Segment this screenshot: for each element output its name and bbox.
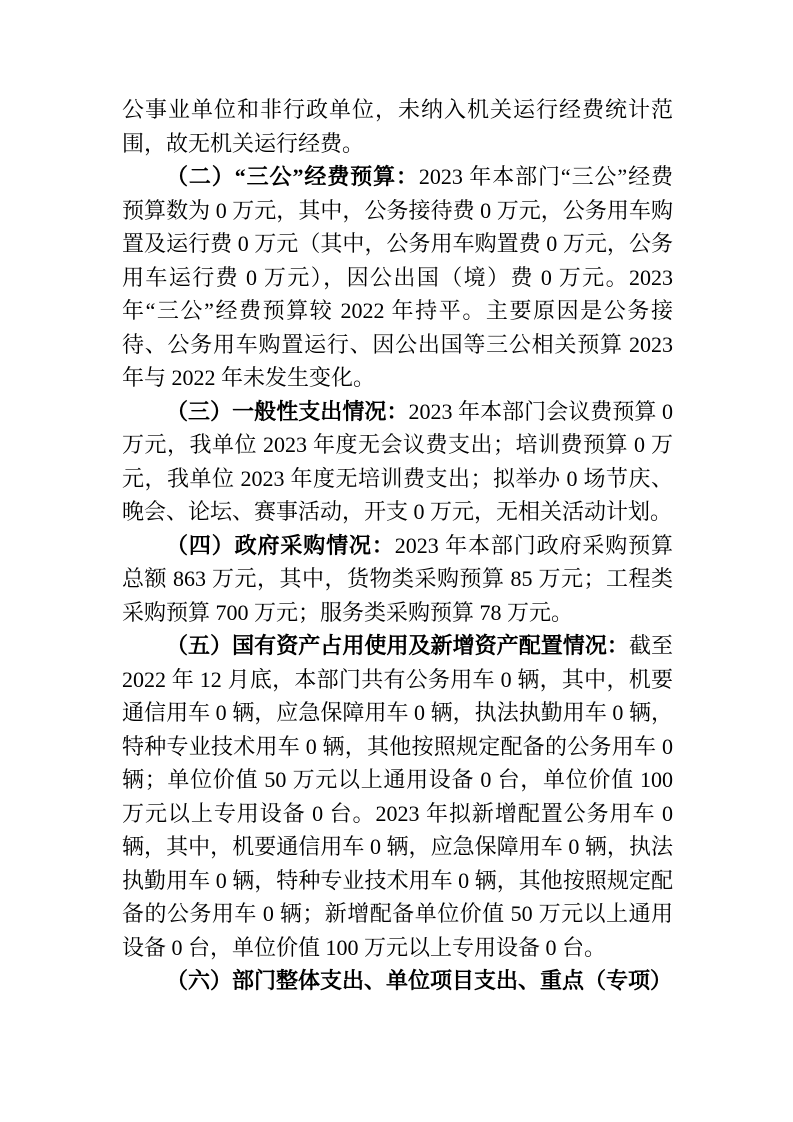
paragraph-1-text: 公事业单位和非行政单位，未纳入机关运行经费统计范围，故无机关运行经费。 (122, 97, 673, 156)
paragraph-section-4: （四）政府采购情况：2023 年本部门政府采购预算总额 863 万元，其中，货物… (122, 529, 673, 630)
document-body: 公事业单位和非行政单位，未纳入机关运行经费统计范围，故无机关运行经费。 （二）“… (122, 0, 673, 998)
section-6-heading: （六）部门整体支出、单位项目支出、重点（专项） (166, 968, 672, 993)
section-5-heading: （五）国有资产占用使用及新增资产配置情况： (166, 633, 629, 658)
paragraph-continuation: 公事业单位和非行政单位，未纳入机关运行经费统计范围，故无机关运行经费。 (122, 93, 673, 160)
paragraph-section-2: （二）“三公”经费预算：2023 年本部门“三公”经费预算数为 0 万元，其中，… (122, 160, 673, 395)
paragraph-section-5: （五）国有资产占用使用及新增资产配置情况：截至 2022 年 12 月底，本部门… (122, 629, 673, 964)
document-page: 公事业单位和非行政单位，未纳入机关运行经费统计范围，故无机关运行经费。 （二）“… (0, 0, 793, 1122)
section-2-heading: （二）“三公”经费预算： (166, 164, 419, 189)
paragraph-section-6: （六）部门整体支出、单位项目支出、重点（专项） (122, 964, 673, 998)
section-5-text: 截至 2022 年 12 月底，本部门共有公务用车 0 辆，其中，机要通信用车 … (122, 633, 673, 960)
paragraph-section-3: （三）一般性支出情况：2023 年本部门会议费预算 0 万元，我单位 2023 … (122, 395, 673, 529)
section-4-heading: （四）政府采购情况： (166, 533, 395, 558)
section-2-text: 2023 年本部门“三公”经费预算数为 0 万元，其中，公务接待费 0 万元，公… (122, 164, 673, 390)
section-3-heading: （三）一般性支出情况： (166, 399, 409, 424)
